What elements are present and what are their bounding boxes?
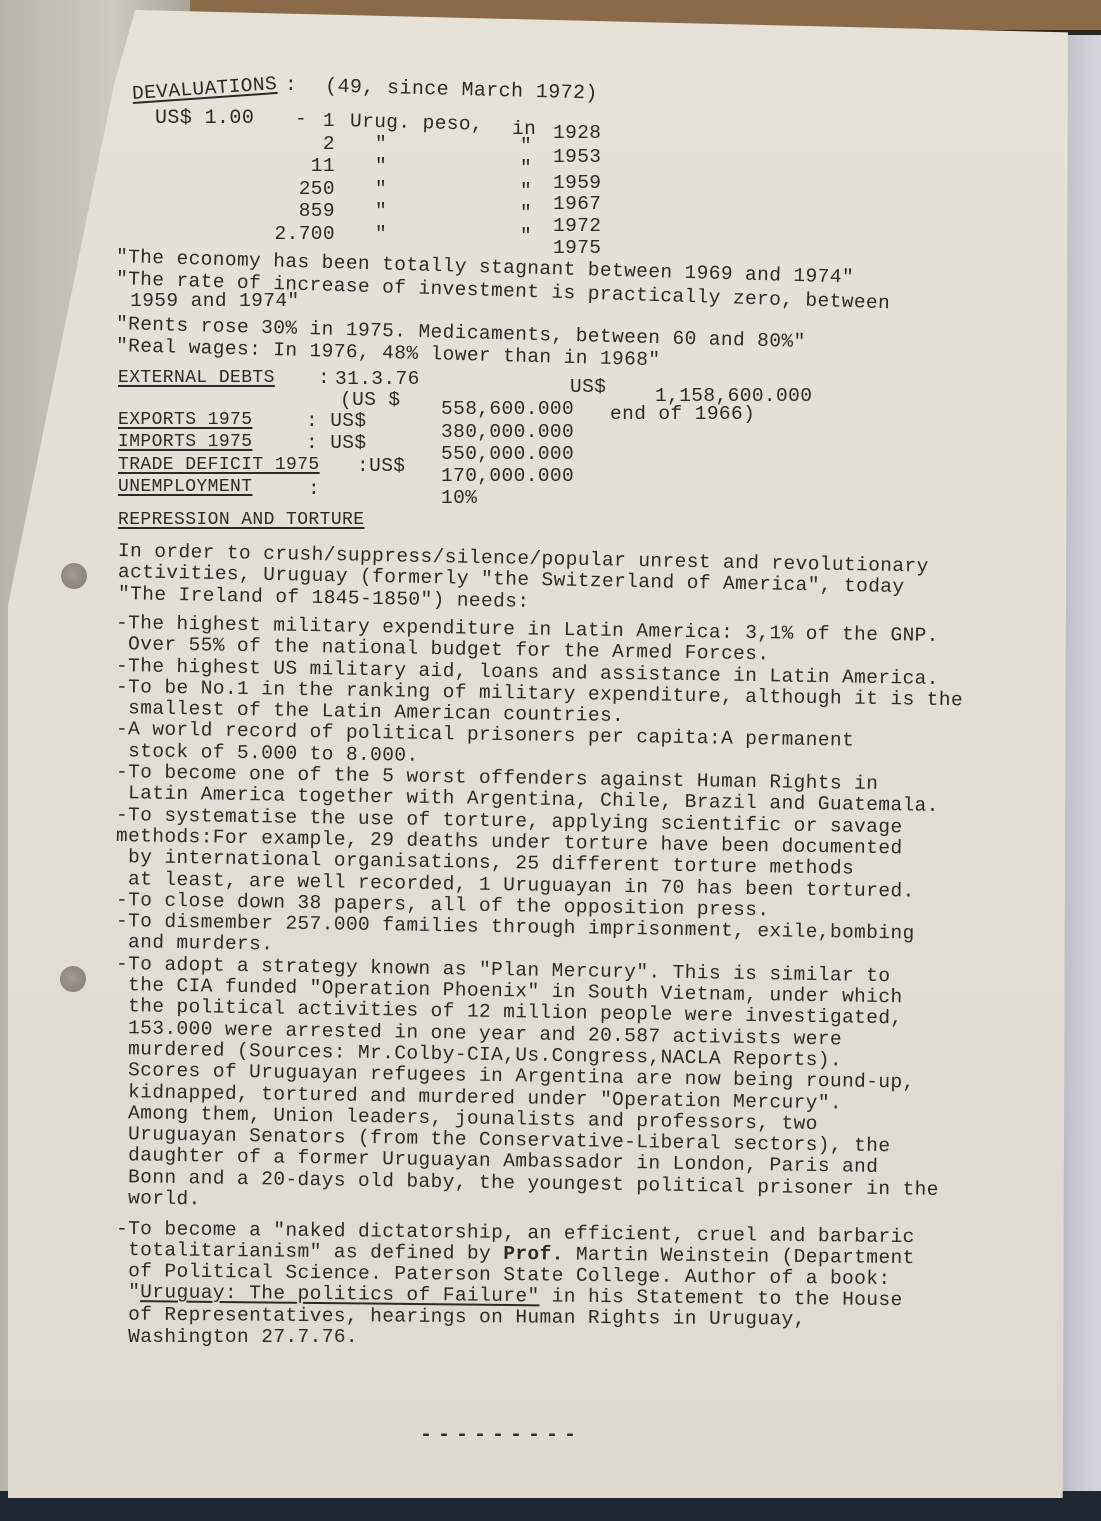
devaluation-unit: " <box>375 155 387 177</box>
exports-sep: : US$ <box>306 410 367 432</box>
external-debts-prior-suffix: end of 1966) <box>610 403 755 425</box>
unemployment-value: 10% <box>441 487 477 509</box>
devaluation-year: 1959 <box>553 172 601 194</box>
imports-label: IMPORTS 1975 <box>118 431 252 453</box>
dash: - <box>295 108 307 130</box>
external-debts-date: 31.3.76 <box>335 368 420 390</box>
punch-hole-icon <box>61 563 87 589</box>
external-debts-prior-value: 558,600.000 <box>441 398 574 420</box>
trade-deficit-value: 170,000.000 <box>441 465 574 487</box>
devaluation-year: 1928 <box>553 122 601 144</box>
devaluation-in: " <box>520 180 532 202</box>
exports-value: 380,000.000 <box>441 421 574 443</box>
devaluation-unit: " <box>375 200 387 222</box>
devaluation-amount: 859 <box>299 200 335 222</box>
devaluation-amount: 2.700 <box>274 223 335 245</box>
imports-value: 550,000.000 <box>441 443 574 465</box>
devaluation-unit: " <box>375 223 387 245</box>
unemployment-label: UNEMPLOYMENT <box>118 476 252 498</box>
imports-sep: : US$ <box>306 432 367 454</box>
devaluation-amount: 11 <box>311 155 335 177</box>
devaluations-base: US$ 1.00 <box>155 108 254 130</box>
external-debts-currency: US$ <box>570 376 606 398</box>
final-item-line: Washington 27.7.76. <box>116 1326 358 1348</box>
exports-label: EXPORTS 1975 <box>118 409 252 431</box>
trade-deficit-sep: :US$ <box>357 455 405 477</box>
trade-deficit-label: TRADE DEFICIT 1975 <box>118 454 320 476</box>
devaluation-year: 1967 <box>553 193 601 215</box>
devaluation-year: 1975 <box>553 237 601 259</box>
end-separator: --------- <box>420 1424 582 1447</box>
unemployment-sep: : <box>308 478 320 500</box>
list-item-line: and murders. <box>116 931 274 955</box>
devaluation-unit: " <box>375 178 387 200</box>
list-item-line: world. <box>116 1187 201 1210</box>
devaluation-amount: 1 <box>323 110 335 132</box>
devaluation-unit: " <box>375 133 387 155</box>
devaluation-unit: Urug. peso, <box>350 110 484 135</box>
punch-hole-icon <box>60 966 86 992</box>
devaluation-in: " <box>520 135 532 157</box>
repression-heading: REPRESSION AND TORTURE <box>118 509 364 531</box>
devaluation-year: 1972 <box>553 215 601 237</box>
external-debts-label: EXTERNAL DEBTS <box>118 367 275 389</box>
devaluation-amount: 250 <box>299 178 335 200</box>
quote-line: 1959 and 1974" <box>118 290 300 312</box>
devaluation-in: " <box>520 157 532 179</box>
devaluation-amount: 2 <box>323 133 335 155</box>
devaluation-in: " <box>520 202 532 224</box>
devaluation-year: 1953 <box>553 146 601 168</box>
devaluation-in: " <box>520 225 532 247</box>
external-debts-prior-prefix: (US $ <box>340 389 401 411</box>
